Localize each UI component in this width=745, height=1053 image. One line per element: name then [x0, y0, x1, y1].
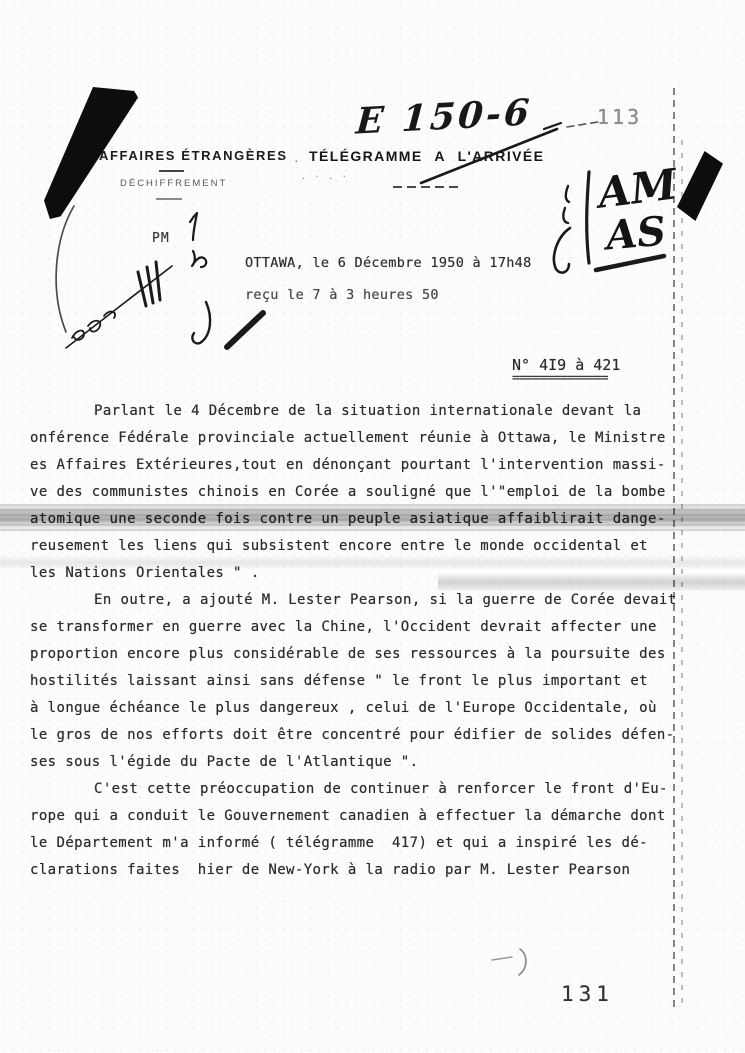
body-line: ve des communistes chinois en Corée a so… [30, 479, 690, 506]
strike-dashes [567, 122, 598, 127]
strike-arrow [544, 123, 561, 129]
handwritten-one [190, 213, 197, 240]
section-title: DÉCHIFFREMENT [120, 178, 227, 189]
handwritten-file-reference: E 150-6 [355, 91, 534, 142]
body-line: clarations faites hier de New-York à la … [30, 857, 690, 884]
folio-number: 113 [597, 105, 642, 129]
initials-bar [587, 172, 589, 263]
telegram-body: Parlant le 4 Décembre de la situation in… [30, 398, 690, 884]
body-line: reusement les liens qui subsistent encor… [30, 533, 690, 560]
handwritten-initials-line2: AS [604, 211, 667, 256]
agency-title: AFFAIRES ÉTRANGÈRES [99, 148, 288, 163]
corner-mark-top-right-icon [677, 151, 723, 221]
body-line: ses sous l'égide du Pacte de l'Atlantiqu… [30, 749, 690, 776]
body-line: C'est cette préoccupation de continuer à… [30, 776, 690, 803]
page-edge-line [673, 88, 675, 1008]
document-type-underline [393, 186, 459, 188]
section-underline [156, 198, 182, 200]
faint-mark [492, 957, 512, 960]
page-number: 131 [561, 982, 614, 1006]
document-type-title: TÉLÉGRAMME A L'ARRIVÉE [309, 148, 544, 164]
received-line: reçu le 7 à 3 heures 50 [245, 287, 439, 303]
stamp-arc [56, 206, 74, 332]
faint-typed-dots-2: . · . · [301, 172, 349, 181]
body-line: rope qui a conduit le Gouvernement canad… [30, 803, 690, 830]
telegram-number-underline: ============== [512, 371, 608, 386]
telegram-document-page: AFFAIRES ÉTRANGÈRES DÉCHIFFREMENT TÉLÉGR… [0, 0, 745, 1053]
body-line: atomique une seconde fois contre un peup… [30, 506, 690, 533]
body-line: Parlant le 4 Décembre de la situation in… [30, 398, 690, 425]
body-line: proportion encore plus considérable de s… [30, 641, 690, 668]
page-edge-line [681, 140, 683, 1008]
body-line: à longue échéance le plus dangereux , ce… [30, 695, 690, 722]
dateline: OTTAWA, le 6 Décembre 1950 à 17h48 [245, 255, 532, 271]
body-line: les Nations Orientales " . [30, 560, 690, 587]
body-line: En outre, a ajouté M. Lester Pearson, si… [30, 587, 690, 614]
faint-mark [519, 949, 526, 975]
handwritten-n [192, 251, 206, 267]
initials-underline [596, 256, 664, 270]
body-line: le Département m'a informé ( télégramme … [30, 830, 690, 857]
agency-underline [159, 170, 184, 172]
body-line: es Affaires Extérieures,tout en dénonçan… [30, 452, 690, 479]
initials-curl [554, 228, 570, 273]
body-line: se transformer en guerre avec la Chine, … [30, 614, 690, 641]
initials-tick [563, 208, 568, 223]
body-line: le gros de nos efforts doit être concent… [30, 722, 690, 749]
initials-tick [566, 186, 569, 202]
body-line: hostilités laissant ainsi sans défense "… [30, 668, 690, 695]
body-line: onférence Fédérale provinciale actuellem… [30, 425, 690, 452]
handwritten-signature-scribble [66, 262, 263, 348]
handwritten-initials-line1: AM [596, 163, 680, 214]
routing-mark: PM [152, 231, 170, 246]
